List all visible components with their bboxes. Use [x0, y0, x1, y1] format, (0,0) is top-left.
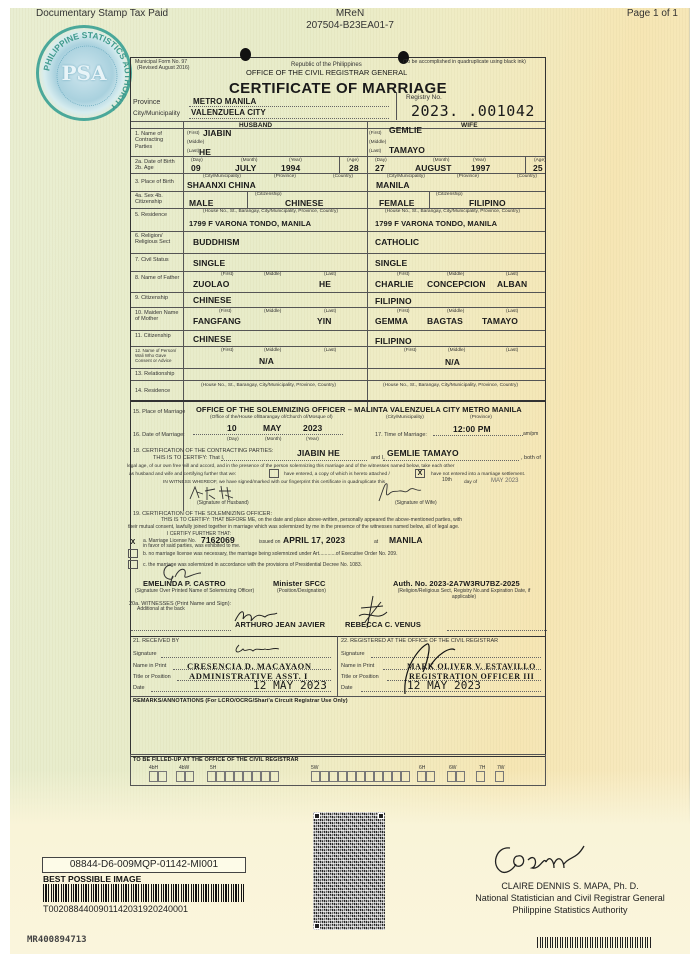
wife-father-first: CHARLIE — [375, 280, 413, 290]
sub-country: (Country) — [517, 174, 537, 180]
registered-date-label: Date — [341, 685, 353, 691]
label-religion: 6. Religion/ Religious Sect — [135, 233, 181, 246]
husband-mother-last: YIN — [317, 317, 331, 327]
wife-pob: MANILA — [376, 181, 410, 191]
husband-consent: N/A — [259, 357, 274, 367]
received-date-label: Date — [133, 685, 145, 691]
label-residence-14: 14. Residence — [135, 388, 170, 394]
registrar-general-signature-icon — [488, 842, 588, 878]
witness-1-name: ARTHURO JEAN JAVIER — [235, 621, 325, 630]
wife-civil-status: SINGLE — [375, 259, 407, 269]
registrar-general-title: National Statistician and Civil Registra… — [440, 892, 700, 904]
box-7w[interactable] — [495, 771, 504, 782]
witness-2-name: REBECCA C. VENUS — [345, 621, 421, 630]
cert18-day-of: day of — [464, 480, 477, 486]
box-5h[interactable] — [207, 771, 279, 782]
received-date: 12 MAY 2023 — [253, 680, 327, 693]
no-license-checkbox[interactable] — [128, 549, 138, 558]
label-time-of-marriage: 17. Time of Marriage: — [375, 432, 427, 438]
cert18-line3b: have entered, a copy of which is hereto … — [284, 472, 390, 478]
sub-last: (Last) — [187, 149, 199, 155]
label-father: 8. Name of Father — [135, 275, 181, 281]
registered-date: 12 MAY 2023 — [407, 680, 481, 693]
sub-place-province: (Province) — [470, 415, 492, 421]
sub-first: (First) — [187, 131, 200, 137]
sub-city: (City/Municipality) — [203, 174, 241, 180]
label-citizenship-9: 9. Citizenship — [135, 295, 168, 301]
label-mother: 10. Maiden Name of Mother — [135, 310, 181, 323]
page-count: Page 1 of 1 — [627, 8, 678, 19]
sub-province: (Province) — [457, 174, 479, 180]
label-civil-status: 7. Civil Status — [135, 257, 169, 263]
cert18-line2: legal age, of our own free will and acco… — [127, 464, 454, 470]
sub-middle: (Middle) — [369, 140, 386, 146]
settlement-entered-checkbox[interactable] — [269, 469, 279, 478]
sub-middle: (Middle) — [187, 140, 204, 146]
label-pob: 3. Place of Birth — [135, 179, 174, 185]
cert18-husband-name: JIABIN HE — [297, 449, 340, 459]
cert18-both: , both of — [521, 455, 541, 461]
sub-first: (First) — [397, 272, 410, 278]
wife-first-name: GEMLIE — [389, 126, 422, 136]
label-relationship: 13. Relationship — [135, 371, 174, 377]
sub-day: (Day) — [227, 437, 239, 443]
barcode-number: T0020884400901142031920240001 — [43, 904, 188, 914]
sub-last: (Last) — [369, 149, 381, 155]
city-label: City/Municipality — [133, 110, 180, 117]
label-sex: 4a. Sex 4b. Citizenship — [135, 193, 181, 206]
best-possible-image-label: BEST POSSIBLE IMAGE — [43, 874, 141, 884]
husband-residence: 1799 F VARONA TONDO, MANILA — [189, 220, 311, 229]
filled-up-label: TO BE FILLED-UP AT THE OFFICE OF THE CIV… — [133, 757, 299, 763]
officer-sub: (Signature Over Printed Name of Solemniz… — [135, 589, 254, 595]
marriage-year: 2023 — [303, 424, 322, 434]
label-dob: 2a. Date of Birth 2b. Age — [135, 159, 181, 172]
husband-father-first: ZUOLAO — [193, 280, 229, 290]
sub-middle: (Middle) — [264, 272, 281, 278]
cert18-wife-name: GEMLIE TAMAYO — [387, 449, 459, 459]
marriage-license-checkbox[interactable]: X — [128, 539, 138, 548]
qr-code-icon — [313, 812, 385, 930]
label-residence: 5. Residence — [135, 212, 167, 218]
label-name-parties: 1. Name of Contracting Parties — [135, 131, 181, 150]
sub-first: (First) — [404, 348, 417, 354]
received-title-label: Title or Position — [133, 674, 171, 680]
cert19-line2: their mutual consent, lawfully joined to… — [128, 525, 459, 531]
mr-number: MR400894713 — [27, 935, 87, 945]
wife-mother-middle: BAGTAS — [427, 317, 463, 327]
barcode-icon — [43, 884, 245, 902]
received-name-label: Name in Print — [133, 663, 166, 669]
pd1083-checkbox[interactable] — [128, 560, 138, 569]
document-code-box: 08844-D6-009MQP-01142-MI001 — [42, 857, 246, 873]
sub-country: (Country) — [333, 174, 353, 180]
sub-middle: (Middle) — [447, 272, 464, 278]
license-issued-at: MANILA — [389, 536, 423, 546]
city-value: VALENZUELA CITY — [191, 108, 266, 117]
received-heading: 21. RECEIVED BY — [133, 638, 179, 644]
sub-address: (House No., St., Barangay, City/Municipa… — [383, 383, 518, 389]
sub-address: (House No., St., Barangay, City/Municipa… — [201, 383, 336, 389]
sub-last: (Last) — [506, 272, 518, 278]
label-date-of-marriage: 16. Date of Marriage: — [133, 432, 185, 438]
province-value: METRO MANILA — [193, 97, 256, 106]
sub-last: (Last) — [324, 309, 336, 315]
sub-citizenship: (Citizenship) — [436, 192, 463, 198]
office-label: OFFICE OF THE CIVIL REGISTRAR GENERAL — [246, 69, 407, 78]
sub-last: (Last) — [324, 272, 336, 278]
registered-name-label: Name in Print — [341, 663, 374, 669]
sub-province: (Province) — [274, 174, 296, 180]
sub-city: (City/Municipality) — [387, 174, 425, 180]
sub-first: (First) — [219, 309, 232, 315]
issued-on-label: issued on — [259, 540, 280, 546]
sub-address: (House No., St., Barangay, City/Municipa… — [203, 209, 338, 215]
ink-instruction: (To be accomplished in quadruplicate usi… — [403, 60, 526, 66]
place-of-marriage: OFFICE OF THE SOLEMNIZING OFFICER – MALI… — [196, 406, 522, 415]
seal-center-text: PSA — [62, 61, 107, 85]
label-consent: 12. Name of Person/ Wali Who Gave Consen… — [135, 348, 181, 364]
box-5w[interactable] — [311, 771, 410, 782]
box-4bh[interactable] — [149, 771, 167, 782]
registered-name: MARK OLIVER V. ESTAVILLO — [407, 662, 536, 671]
sub-middle: (Middle) — [264, 348, 281, 354]
punch-hole-icon — [240, 48, 251, 61]
label-place-of-marriage: 15. Place of Marriage — [133, 409, 185, 415]
cert18-heading: 18. CERTIFICATION OF THE CONTRACTING PAR… — [133, 448, 273, 454]
husband-mother-citizenship: CHINESE — [193, 335, 232, 345]
cert19-b-text: b. no marriage license was necessary, th… — [143, 552, 397, 558]
sub-middle: (Middle) — [264, 309, 281, 315]
sub-last: (Last) — [324, 348, 336, 354]
box-4bw[interactable] — [176, 771, 194, 782]
sub-address: (House No., St., Barangay, City/Municipa… — [385, 209, 520, 215]
sub-last: (Last) — [506, 348, 518, 354]
witnesses-sub: Additional at the back — [137, 607, 185, 613]
sub-place-office: (Office of the/House of/Barangay of/Chur… — [210, 415, 333, 421]
sub-middle: (Middle) — [448, 348, 465, 354]
cert18-line1: THIS IS TO CERTIFY: That I, — [153, 455, 224, 461]
registrar-codes-section: TO BE FILLED-UP AT THE OFFICE OF THE CIV… — [130, 754, 546, 786]
wife-father-middle: CONCEPCION — [427, 280, 486, 290]
marriage-time: 12:00 PM — [453, 425, 491, 435]
mren-label: MReN — [0, 8, 700, 20]
wife-mother-last: TAMAYO — [482, 317, 518, 327]
wife-father-last: ALBAN — [497, 280, 527, 290]
position-sub: (Position/Designation) — [277, 589, 326, 595]
sig-husband-label: (Signature of Husband) — [197, 501, 249, 507]
wife-consent: N/A — [445, 358, 460, 368]
received-signature-icon — [231, 641, 281, 657]
husband-first-name: JIABIN — [203, 129, 231, 139]
cert18-month-year: MAY 2023 — [491, 478, 518, 485]
cert18-day: 10th — [442, 478, 452, 484]
cert19-line1: THIS IS TO CERTIFY: THAT BEFORE ME, on t… — [161, 518, 462, 524]
box-6w[interactable] — [447, 771, 465, 782]
settlement-not-entered-checkbox[interactable]: X — [415, 469, 425, 478]
box-7h[interactable] — [476, 771, 485, 782]
husband-civil-status: SINGLE — [193, 259, 225, 269]
sub-year: (Year) — [306, 437, 319, 443]
husband-religion: BUDDHISM — [193, 238, 240, 248]
sub-place-city: (City/Municipality) — [386, 415, 424, 421]
sub-month: (Month) — [265, 437, 282, 443]
registrar-general-block: CLAIRE DENNIS S. MAPA, Ph. D. National S… — [440, 880, 700, 916]
sig-wife-label: (Signature of Wife) — [395, 501, 437, 507]
sub-last: (Last) — [506, 309, 518, 315]
remarks-label: REMARKS/ANNOTATIONS (For LCRO/OCRG/Shari… — [133, 698, 348, 704]
registry-label: Registry No. — [406, 94, 442, 101]
sub-first: (First) — [221, 272, 234, 278]
sub-first: (First) — [397, 309, 410, 315]
wife-last-name: TAMAYO — [389, 146, 425, 156]
marriage-license-number: 7162069 — [201, 536, 235, 546]
wife-mother-first: GEMMA — [375, 317, 408, 327]
psa-seal-icon: PHILIPPINE STATISTICS AUTHORITY PSA — [36, 25, 132, 121]
received-signature-label: Signature — [133, 651, 157, 657]
registrar-general-name: CLAIRE DENNIS S. MAPA, Ph. D. — [440, 880, 700, 892]
husband-father-citizenship: CHINESE — [193, 296, 232, 306]
auth-sub: (Religion/Religious Sect, Registry No.an… — [389, 589, 539, 601]
registered-signature-label: Signature — [341, 651, 365, 657]
wife-religion: CATHOLIC — [375, 238, 419, 248]
label-citizenship-11: 11. Citizenship — [135, 333, 171, 339]
husband-mother-first: FANGFANG — [193, 317, 241, 327]
marriage-month: MAY — [263, 424, 281, 434]
registry-number: 2023. .001042 — [411, 103, 535, 120]
registrar-general-org: Philippine Statistics Authority — [440, 904, 700, 916]
sub-first: (First) — [221, 348, 234, 354]
form-revised: (Revised August 2016) — [137, 66, 189, 72]
cert18-line3a: as husband and wife and certifying furth… — [129, 472, 236, 478]
sub-citizenship: (Citizenship) — [255, 192, 282, 198]
marriage-day: 10 — [227, 424, 237, 434]
husband-father-last: HE — [319, 280, 331, 290]
wife-father-citizenship: FILIPINO — [375, 297, 412, 307]
ampm-label: am/pm — [523, 432, 538, 438]
marriage-certificate-form: Municipal Form No. 97 (Revised August 20… — [130, 57, 546, 757]
registered-title-label: Title or Position — [341, 674, 379, 680]
sub-first: (First) — [369, 131, 382, 137]
husband-pob: SHAANXI CHINA — [187, 181, 256, 191]
secondary-barcode-icon — [537, 937, 652, 948]
license-issued-on: APRIL 17, 2023 — [283, 536, 345, 546]
wife-residence: 1799 F VARONA TONDO, MANILA — [375, 220, 497, 229]
box-6h[interactable] — [417, 771, 435, 782]
issued-at-label: at — [374, 540, 378, 546]
sub-middle: (Middle) — [447, 309, 464, 315]
province-label: Province — [133, 99, 160, 107]
